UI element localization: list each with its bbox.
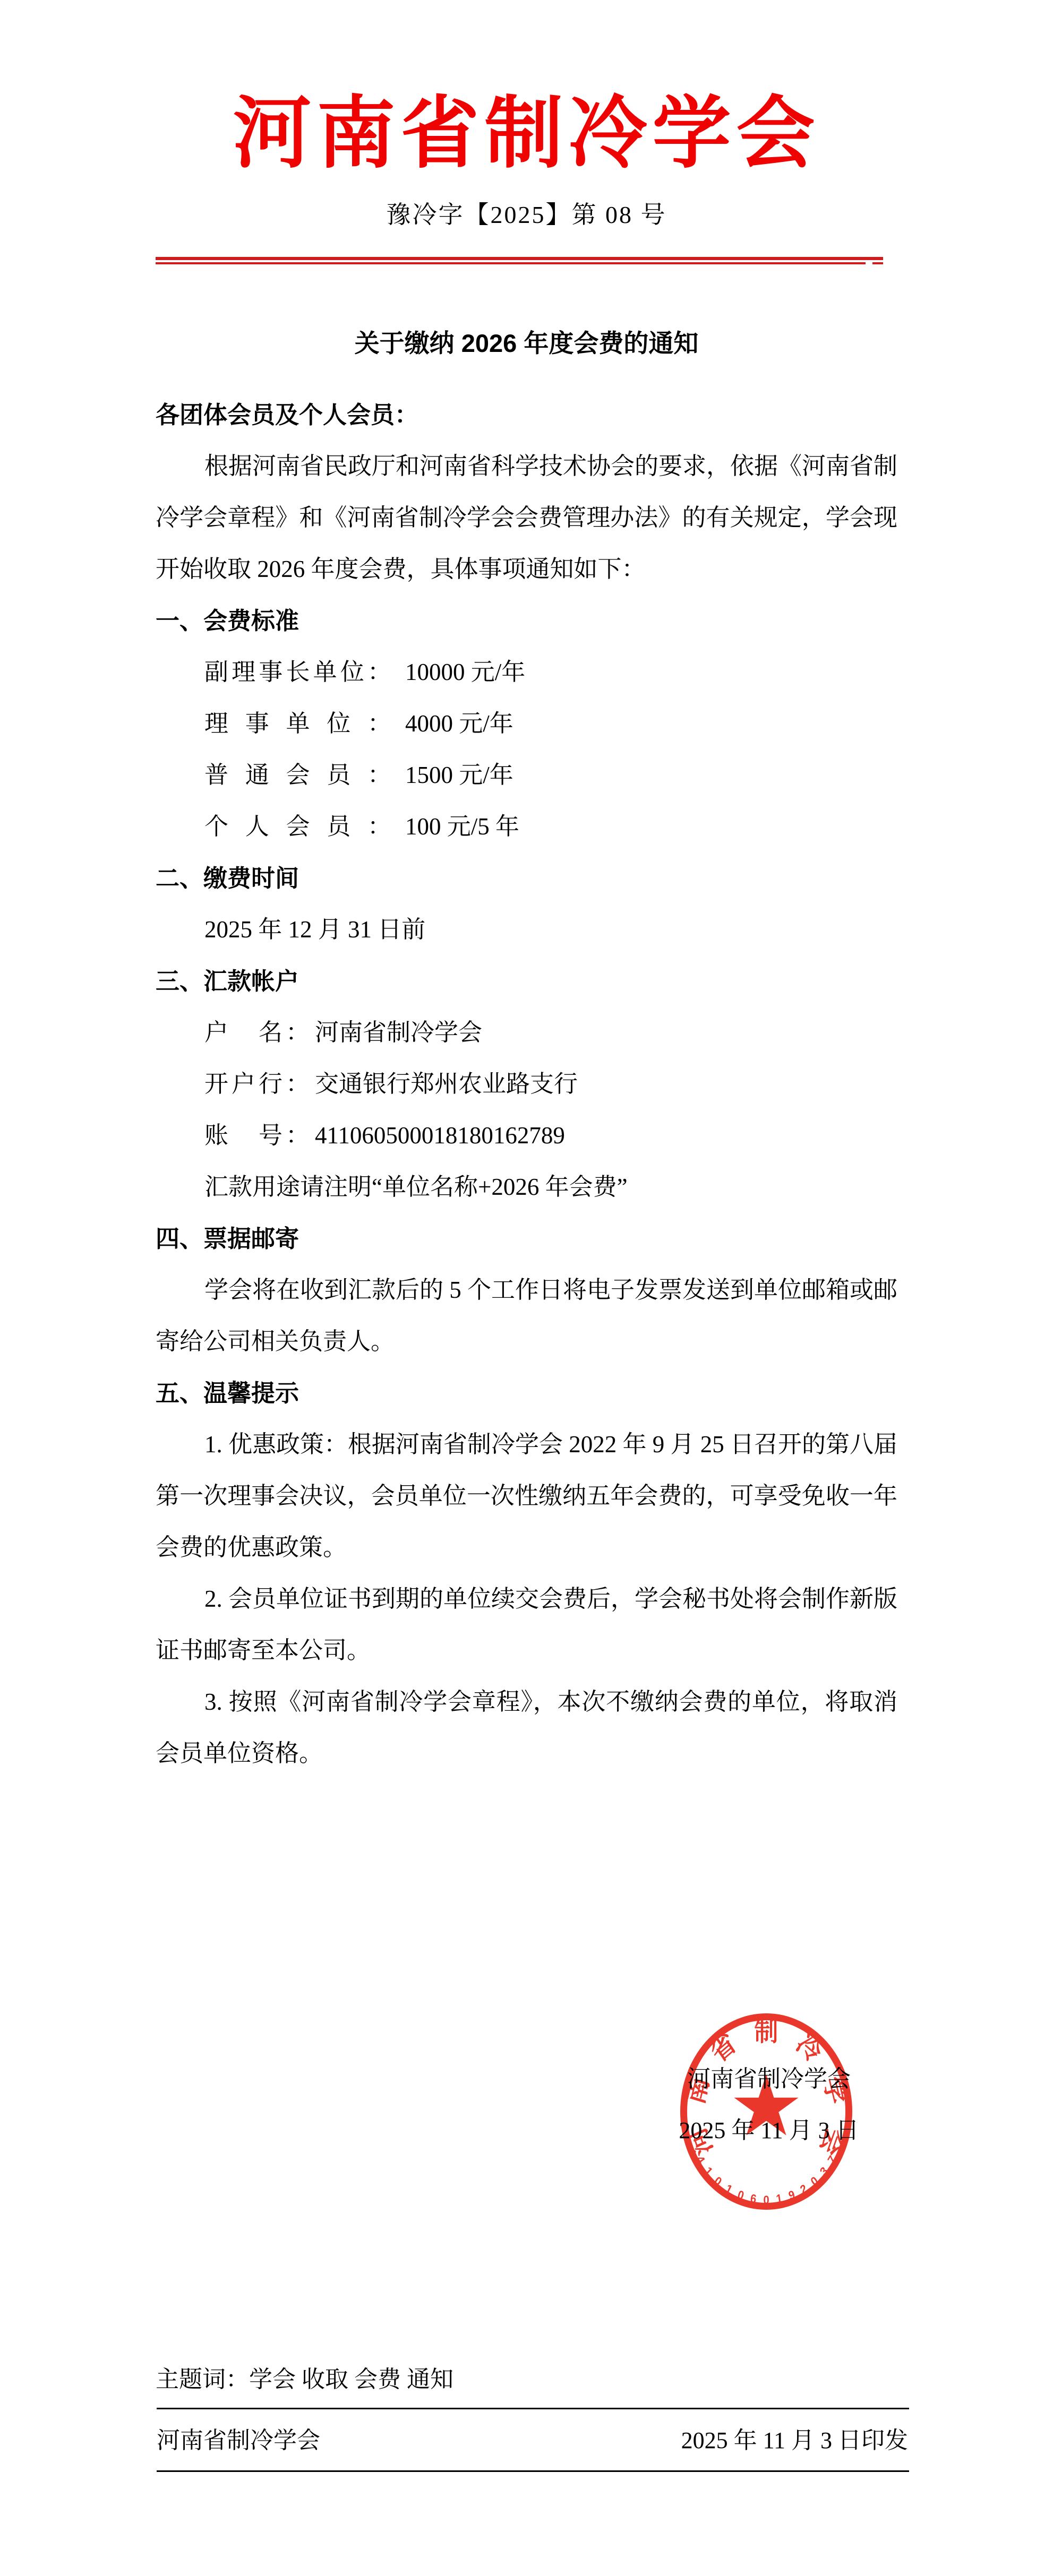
- section3-heading: 三、汇款帐户: [156, 955, 897, 1007]
- intro-paragraph: 根据河南省民政厅和河南省科学技术协会的要求，依据《河南省制冷学会章程》和《河南省…: [156, 441, 897, 595]
- salutation: 各团体会员及个人会员：: [156, 389, 897, 441]
- signature-org: 河南省制冷学会: [655, 2053, 883, 2105]
- red-separator-rule: [156, 257, 883, 264]
- fee-row: 理事单位：4000 元/年: [156, 698, 897, 749]
- red-rule-bottom-line: [156, 262, 883, 264]
- bank-row: 账 号：411060500018180162789: [156, 1110, 897, 1161]
- tip-item-3: 3. 按照《河南省制冷学会章程》，本次不缴纳会费的单位，将取消会员单位资格。: [156, 1676, 897, 1779]
- red-rule-gap: [866, 262, 872, 264]
- red-rule-top-line: [156, 257, 883, 260]
- seal-serial-digit: 0: [733, 2187, 748, 2204]
- document-page: 河南省制冷学会 豫冷字【2025】第 08 号 关于缴纳 2026 年度会费的通…: [0, 0, 1053, 2576]
- tip-item-1: 1. 优惠政策：根据河南省制冷学会 2022 年 9 月 25 日召开的第八届第…: [156, 1419, 897, 1573]
- signature-block: 河南省制冷学会 2025 年 11 月 3 日: [655, 2053, 883, 2156]
- footer-divider-top: [157, 2408, 909, 2409]
- section4-heading: 四、票据邮寄: [156, 1213, 897, 1264]
- fee-value: 100 元/5 年: [405, 813, 519, 840]
- fee-label: 理事单位：: [204, 698, 391, 749]
- fee-value: 10000 元/年: [405, 659, 525, 685]
- fee-label: 副理事长单位：: [204, 647, 391, 698]
- bank-label: 户 名：: [204, 1007, 310, 1058]
- seal-serial-digit: 6: [747, 2192, 760, 2207]
- bank-value: 河南省制冷学会: [315, 1019, 482, 1046]
- fee-row: 普通会员：1500 元/年: [156, 749, 897, 801]
- bank-row: 开户行：交通银行郑州农业路支行: [156, 1058, 897, 1110]
- footer-issue-date: 2025 年 11 月 3 日印发: [681, 2427, 908, 2454]
- bank-row: 户 名：河南省制冷学会: [156, 1007, 897, 1058]
- fee-value: 1500 元/年: [405, 762, 513, 788]
- bank-label: 账 号：: [204, 1110, 310, 1161]
- section5-heading: 五、温馨提示: [156, 1367, 897, 1419]
- signature-date: 2025 年 11 月 3 日: [655, 2105, 883, 2156]
- letterhead-org-title: 河南省制冷学会: [0, 93, 1053, 176]
- fee-label: 个人会员：: [204, 801, 391, 852]
- doc-number: 豫冷字【2025】第 08 号: [0, 202, 1053, 229]
- section1-heading: 一、会费标准: [156, 595, 897, 647]
- remit-note: 汇款用途请注明“单位名称+2026 年会费”: [156, 1161, 897, 1213]
- section2-heading: 二、缴费时间: [156, 852, 897, 904]
- seal-serial-digit: 1: [773, 2192, 786, 2207]
- bank-label: 开户行：: [204, 1058, 310, 1110]
- subject-keywords: 主题词：学会 收取 会费 通知: [156, 2367, 453, 2392]
- invoice-paragraph: 学会将在收到汇款后的 5 个工作日将电子发票发送到单位邮箱或邮寄给公司相关负责人…: [156, 1264, 897, 1367]
- seal-serial-digit: 0: [760, 2194, 772, 2207]
- footer-org: 河南省制冷学会: [157, 2427, 320, 2454]
- payment-deadline: 2025 年 12 月 31 日前: [156, 904, 897, 955]
- fee-value: 4000 元/年: [405, 710, 513, 737]
- notice-title: 关于缴纳 2026 年度会费的通知: [156, 318, 897, 368]
- footer-divider-bottom: [157, 2470, 909, 2472]
- fee-label: 普通会员：: [204, 749, 391, 801]
- fee-row: 个人会员：100 元/5 年: [156, 801, 897, 852]
- notice-body: 各团体会员及个人会员： 根据河南省民政厅和河南省科学技术协会的要求，依据《河南省…: [156, 389, 897, 1779]
- footer-row: 河南省制冷学会 2025 年 11 月 3 日印发: [157, 2427, 908, 2454]
- bank-value: 交通银行郑州农业路支行: [315, 1071, 578, 1097]
- fee-row: 副理事长单位：10000 元/年: [156, 647, 897, 698]
- tip-item-2: 2. 会员单位证书到期的单位续交会费后，学会秘书处将会制作新版证书邮寄至本公司。: [156, 1573, 897, 1676]
- account-number: 411060500018180162789: [315, 1122, 565, 1149]
